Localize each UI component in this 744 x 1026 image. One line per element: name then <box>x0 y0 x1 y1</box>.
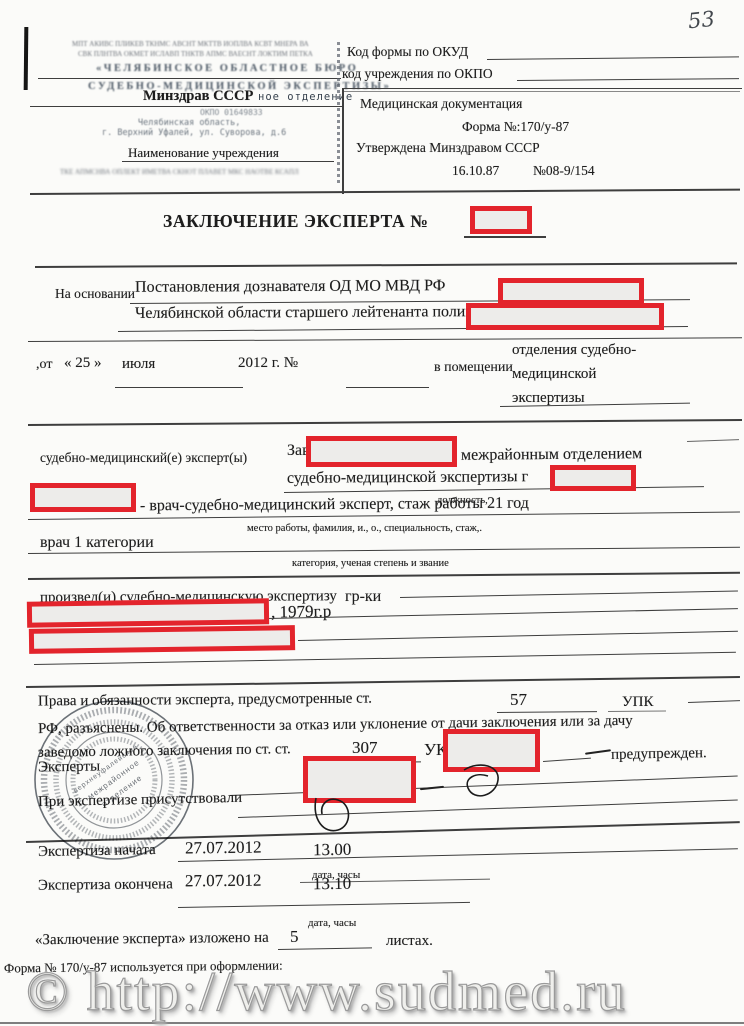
stamp-typed-okpo: ОКПО 01649833 <box>200 108 263 117</box>
redaction-box <box>550 465 636 491</box>
fill-line <box>268 608 738 619</box>
minzdrav-label: Минздрав СССР <box>143 88 253 105</box>
approved-label: Утверждена Минздравом СССР <box>356 140 540 156</box>
form-rule <box>38 78 341 79</box>
sheets-suffix: листах. <box>386 933 433 950</box>
section-rule <box>26 676 740 688</box>
pen-stroke <box>585 749 611 755</box>
redaction-box <box>30 483 136 512</box>
scanned-expert-conclusion-form: 53 мпт акивс пликев ткнмс авснт мкттв ио… <box>0 0 744 1026</box>
article-307: 307 <box>352 738 378 758</box>
sheets-prefix: «Заключение эксперта» изложено на <box>35 930 269 949</box>
signature-stroke <box>458 764 518 809</box>
form-number: Форма №:170/у-87 <box>462 119 569 135</box>
form-rule <box>122 161 334 162</box>
code-upk: УПК <box>622 694 653 711</box>
okpo-label: код учреждения по ОКПО <box>342 66 493 82</box>
approved-number: №08-9/154 <box>533 163 595 179</box>
fill-line <box>298 631 738 641</box>
redaction-box <box>27 598 269 627</box>
fill-line <box>543 758 591 762</box>
finished-date: 27.07.2012 <box>185 871 262 892</box>
birth-year: , 1979г.р <box>271 601 332 622</box>
fill-line <box>688 700 740 703</box>
fill-line <box>687 439 739 442</box>
fill-line <box>115 387 243 388</box>
finished-time: 13.10 <box>313 874 351 894</box>
premises-label: в помещении <box>434 360 513 376</box>
premises-value: медицинской <box>512 366 596 383</box>
section-rule <box>35 262 737 267</box>
warned-text: предупрежден. <box>611 745 707 764</box>
pen-stroke <box>420 786 444 790</box>
stamp-typed-address: Челябинская область, <box>138 118 240 128</box>
premises-value: отделения судебно- <box>512 342 636 359</box>
stamp-typed-address: г. Верхний Уфалей, ул. Суворова, д.6 <box>102 128 286 138</box>
section-rule <box>28 572 740 580</box>
okud-line <box>487 56 739 60</box>
basis-label: На основании <box>55 286 135 302</box>
redaction-box <box>306 436 457 467</box>
performed-subject: гр-ки <box>345 588 381 606</box>
redaction-box <box>466 303 664 330</box>
stamp-bureau-line: «ЧЕЛЯБИНСКОЕ ОБЛАСТНОЕ БЮРО <box>96 63 358 74</box>
basis-line2: Челябинской области старшего лейтенанта … <box>135 303 491 323</box>
caption-work: место работы, фамилия, и., о., специальн… <box>247 523 482 534</box>
watermark: © http://www.sudmed.ru <box>26 960 627 1024</box>
signature-stroke <box>312 796 372 841</box>
header-box-left <box>342 88 344 194</box>
okud-label: Код формы по ОКУД <box>347 44 468 60</box>
illegible-stamp-line: свк плнтва окмет иславп тнктв апмс ваесн… <box>78 50 340 58</box>
fill-line <box>400 591 738 598</box>
okpo-line <box>517 78 739 81</box>
caption-date-hours: дата, часы <box>308 917 356 929</box>
scan-edge-mark <box>24 27 29 90</box>
redaction-box <box>498 278 644 305</box>
finished-label: Экспертиза окончена <box>38 876 173 894</box>
redaction-box <box>470 206 532 234</box>
section-rule <box>28 419 742 426</box>
sheets-count: 5 <box>290 927 299 947</box>
illegible-stamp-line: мпт акивс пликев ткнмс авснт мкттв иоплв… <box>72 40 340 48</box>
fill-line <box>178 902 470 908</box>
fill-line <box>278 947 372 950</box>
date-year: 2012 г. № <box>238 355 298 372</box>
article-57: 57 <box>510 690 527 710</box>
approved-date: 16.10.87 <box>452 163 499 179</box>
stamp-edge <box>337 42 340 184</box>
date-day: « 25 » <box>64 355 102 372</box>
fill-line <box>608 710 666 712</box>
document-title: ЗАКЛЮЧЕНИЕ ЭКСПЕРТА № <box>163 211 428 232</box>
header-box-top <box>342 88 742 89</box>
expert-line4: врач 1 категории <box>40 534 154 552</box>
expert-line3: - врач-судебно-медицинский эксперт, стаж… <box>140 495 529 516</box>
med-doc-label: Медицинская документация <box>360 96 522 112</box>
expert-head-suffix: межрайонным отделением <box>461 445 642 465</box>
expert-line2: судебно-медицинской экспертизы г <box>287 468 528 488</box>
illegible-stamp-line: тке апмснва оплект иметва скнот плавет м… <box>60 168 340 176</box>
round-seal: верхнеуфалейское межрайонное отделение <box>22 692 207 872</box>
handwritten-page-number: 53 <box>687 7 716 34</box>
header-bottom-rule <box>30 189 740 195</box>
header-box-top2 <box>342 91 740 92</box>
form-rule <box>30 106 342 107</box>
caption-category: категория, ученая степень и звание <box>292 558 449 569</box>
fill-line <box>346 387 429 388</box>
fill-line <box>34 652 736 665</box>
date-month: июля <box>122 356 155 373</box>
date-from: ,от <box>36 357 52 373</box>
institution-caption: Наименование учреждения <box>128 145 279 161</box>
experts-label: судебно-медицинский(е) эксперт(ы) <box>40 450 247 466</box>
basis-line1: Постановления дознавателя ОД МО МВД РФ <box>135 277 445 297</box>
title-underline <box>464 236 546 238</box>
redaction-box <box>29 625 295 654</box>
